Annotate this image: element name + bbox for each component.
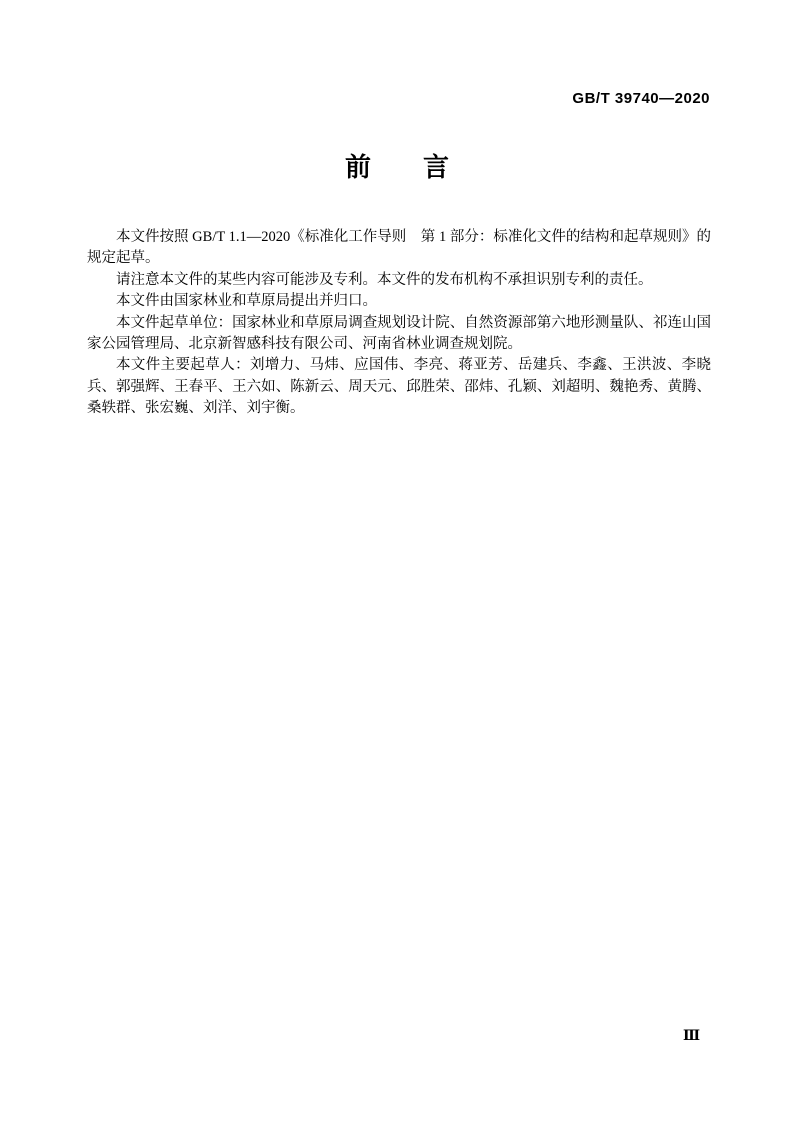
page-title: 前 言 bbox=[0, 147, 794, 184]
foreword-body: 本文件按照 GB/T 1.1—2020《标准化工作导则 第 1 部分：标准化文件… bbox=[87, 227, 711, 420]
paragraph: 本文件按照 GB/T 1.1—2020《标准化工作导则 第 1 部分：标准化文件… bbox=[87, 227, 711, 270]
document-page: GB/T 39740—2020 前 言 本文件按照 GB/T 1.1—2020《… bbox=[0, 0, 794, 1122]
page-number: Ⅲ bbox=[683, 1028, 700, 1045]
paragraph: 请注意本文件的某些内容可能涉及专利。本文件的发布机构不承担识别专利的责任。 bbox=[87, 270, 711, 291]
paragraph: 本文件主要起草人：刘增力、马炜、应国伟、李亮、蒋亚芳、岳建兵、李鑫、王洪波、李晓… bbox=[87, 355, 711, 419]
standard-code-header: GB/T 39740—2020 bbox=[572, 90, 710, 107]
paragraph: 本文件由国家林业和草原局提出并归口。 bbox=[87, 291, 711, 312]
paragraph: 本文件起草单位：国家林业和草原局调查规划设计院、自然资源部第六地形测量队、祁连山… bbox=[87, 313, 711, 356]
